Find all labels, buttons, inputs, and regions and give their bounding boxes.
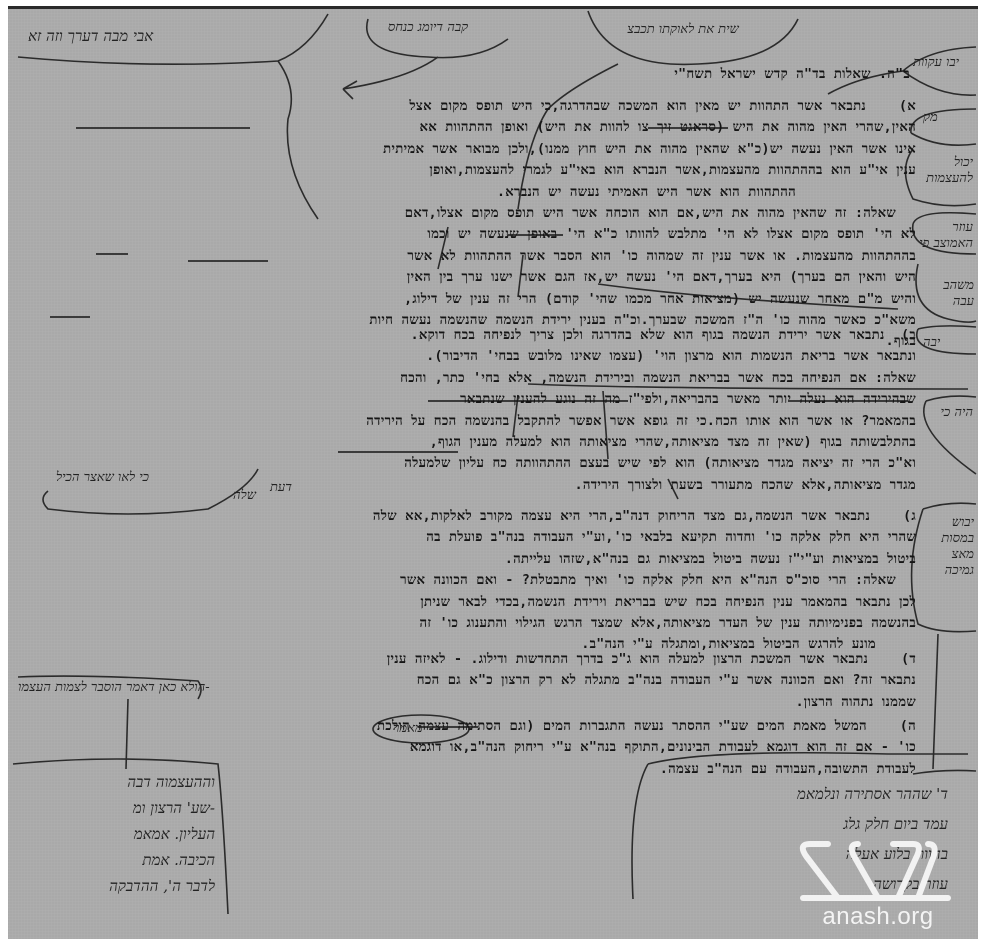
anash-logo-icon (788, 836, 968, 906)
handwritten-note-bottom-left: וההעצמוה דבה -שע' הרצון ומ העליון. אמאמ … (20, 769, 215, 899)
handwritten-note-above-c-1: דעת (270, 479, 292, 495)
handwritten-note-under-b: כי לאו שאצר הכיל (56, 469, 149, 485)
handwritten-oval-note: מאמר (393, 720, 423, 736)
document-header: ב"ה. שאלות בד"ה קדש ישראל תשח"י (674, 64, 910, 85)
handwritten-note-top-left: אבי מבה דערך וזה זא (28, 27, 153, 46)
margin-note-3: יכול להעצמות (913, 154, 973, 186)
margin-note-5: משהב עבה (918, 277, 974, 309)
section-a: א) נתבאר אשר התהוות יש מאין הוא המשכה שב… (383, 96, 916, 203)
section-label: ד) (901, 652, 916, 667)
section-label: א) (899, 99, 916, 114)
margin-note-8: יבוש במסות מאצ גמיכה (920, 514, 974, 578)
typed-document: ב"ה. שאלות בד"ה קדש ישראל תשח"י (674, 64, 916, 85)
section-label: ה) (900, 719, 916, 734)
scanned-document-page: ב"ה. שאלות בד"ה קדש ישראל תשח"י א) נתבאר… (8, 6, 978, 939)
handwritten-note-under-d: -הולא כאן דאמר הוסבר לצמות העצמו (18, 679, 210, 695)
margin-note-2: מק (923, 109, 938, 125)
handwritten-note-top-center-left: קבה דיומג כנחס (373, 19, 483, 35)
margin-note-6: יבה (923, 334, 940, 350)
section-b: ב) נתבאר אשר ירידת הנשמה בגוף הוא שלא בה… (366, 325, 916, 496)
margin-note-7: היה כי (933, 404, 973, 420)
margin-note-1: יבו עקוות (913, 54, 959, 70)
handwritten-note-top-center-right: שית את לאוקתו תכבצ (608, 21, 758, 37)
section-e: ה) המשל מאמת המים שע"י ההסתר נעשה התגברו… (377, 716, 916, 780)
margin-note-4: עוזר האמוצב פי (913, 219, 973, 251)
anash-watermark: anash.org (788, 836, 968, 931)
section-label: ג) (903, 509, 916, 524)
section-label: ב) (901, 328, 916, 343)
handwritten-note-above-c-2: שלה (233, 487, 256, 503)
section-d: ד) נתבאר אשר המשכת הרצון למעלה הוא ג"כ ב… (387, 649, 916, 713)
section-c: ג) נתבאר אשר הנשמה,גם מצד הריחוק דנה"ב,ה… (373, 506, 916, 656)
watermark-text: anash.org (788, 903, 968, 931)
